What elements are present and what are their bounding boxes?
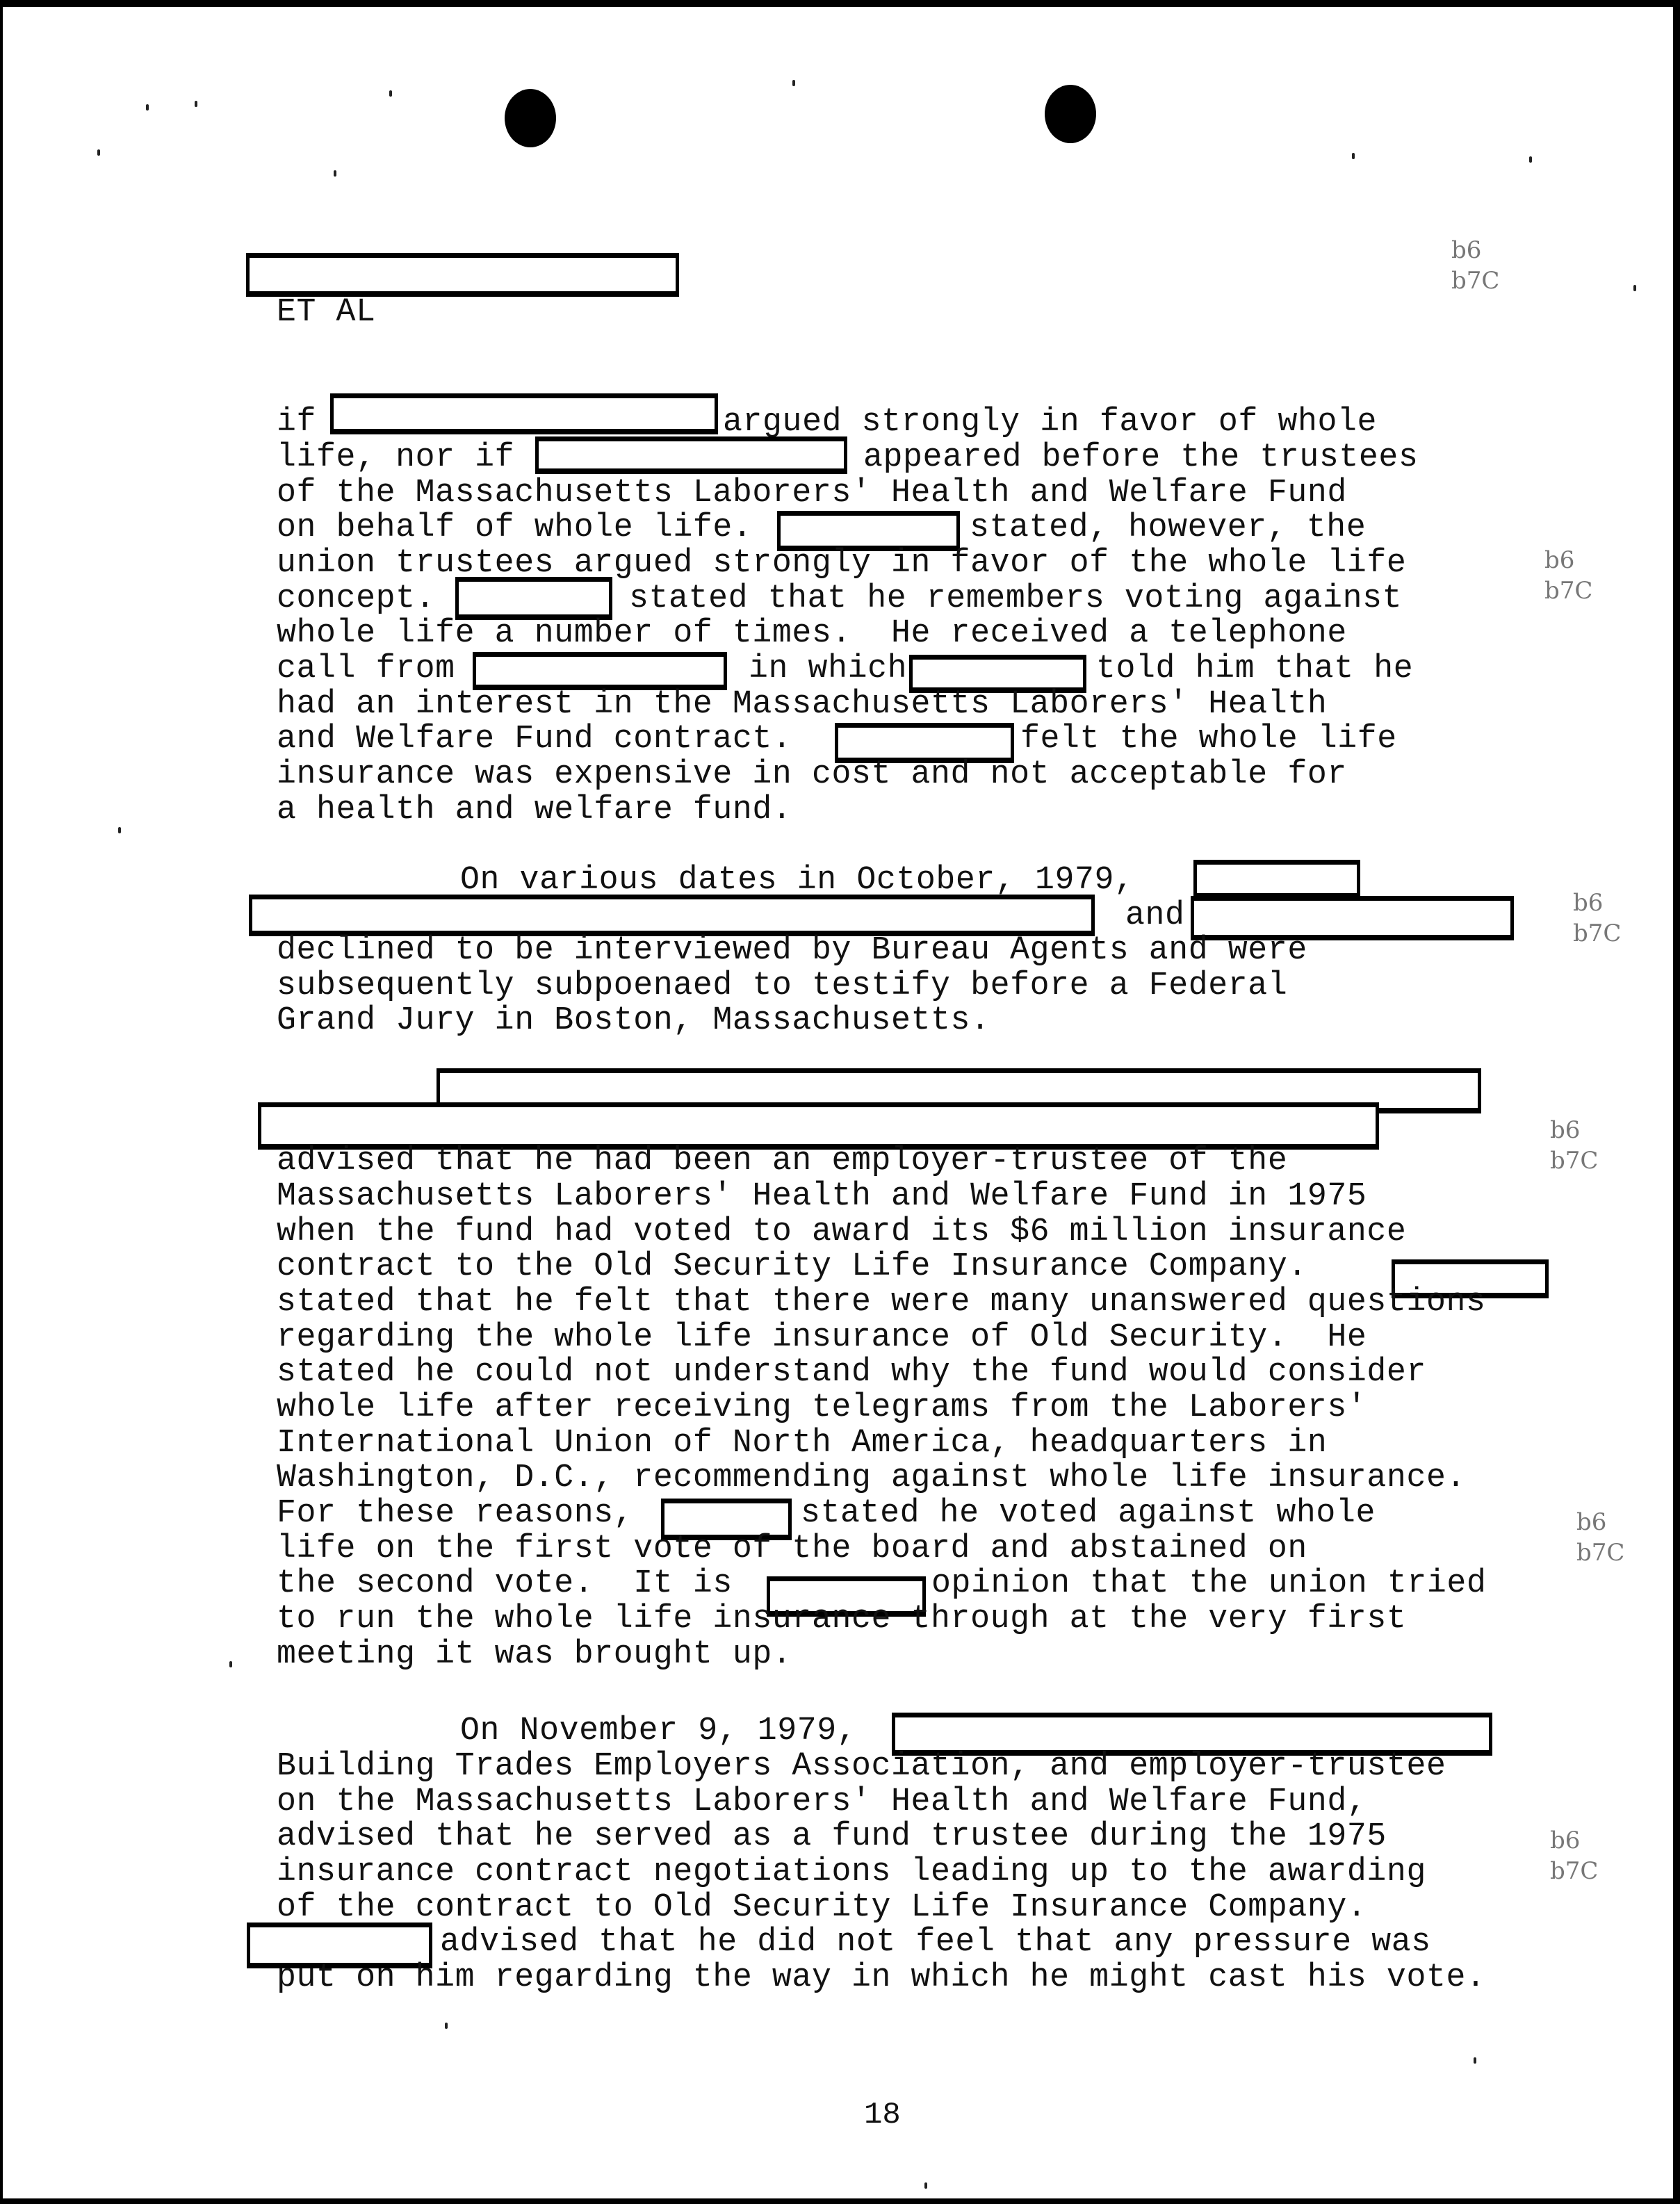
punch-hole-left (505, 89, 556, 147)
scan-edge-top (0, 0, 1680, 7)
text-line: and (1125, 899, 1185, 934)
text-line: declined to be interviewed by Bureau Age… (277, 933, 1307, 969)
redaction-box (455, 577, 612, 620)
speck (146, 104, 149, 111)
speck (1352, 153, 1355, 159)
text-line: International Union of North America, he… (277, 1426, 1327, 1462)
text-line: of the contract to Old Security Life Ins… (277, 1891, 1367, 1926)
exemption-code-b7c: b7C (1573, 918, 1621, 949)
exemption-code-b7c: b7C (1550, 1856, 1598, 1886)
redaction-box (1193, 860, 1360, 899)
speck (195, 101, 197, 107)
text-line: to run the whole life insurance through … (277, 1602, 1406, 1638)
text-line: insurance was expensive in cost and not … (277, 758, 1347, 793)
scan-edge-right (1673, 0, 1680, 2204)
redaction-box (535, 436, 847, 474)
text-line: put on him regarding the way in which he… (277, 1961, 1486, 1996)
exemption-code-b7c: b7C (1550, 1145, 1598, 1176)
exemption-code-b7c: b7C (1576, 1537, 1624, 1568)
text-line: a health and welfare fund. (277, 793, 792, 828)
speck (445, 2023, 448, 2029)
exemption-code-b7c: b7C (1544, 576, 1592, 606)
exemption-code-b6: b6 (1573, 888, 1603, 918)
text-line: subsequently subpoenaed to testify befor… (277, 969, 1287, 1004)
text-line: regarding the whole life insurance of Ol… (277, 1321, 1367, 1356)
exemption-code-b6: b6 (1550, 1825, 1580, 1856)
text-line: the second vote. It is (277, 1567, 733, 1602)
speck (229, 1661, 232, 1667)
text-line: On November 9, 1979, (460, 1714, 856, 1749)
speck (792, 80, 795, 86)
speck (97, 149, 100, 156)
text-line: Massachusetts Laborers' Health and Welfa… (277, 1179, 1367, 1215)
text-line: on behalf of whole life. (277, 511, 752, 546)
text-line: when the fund had voted to award its $6 … (277, 1215, 1406, 1250)
redaction-box (473, 652, 727, 690)
text-line: advised that he served as a fund trustee… (277, 1820, 1387, 1855)
text-line: For these reasons, (277, 1496, 633, 1532)
text-line: life on the first vote of the board and … (277, 1532, 1307, 1567)
scan-edge-bottom (0, 2198, 1680, 2204)
page-number: 18 (864, 2098, 901, 2132)
text-line: stated that he remembers voting against (629, 582, 1402, 617)
text-line: whole life a number of times. He receive… (277, 617, 1347, 652)
text-line: insurance contract negotiations leading … (277, 1855, 1426, 1891)
text-line: stated he could not understand why the f… (277, 1355, 1426, 1391)
text-line: told him that he (1096, 652, 1413, 687)
text-line: stated that he felt that there were many… (277, 1285, 1486, 1321)
text-line: on the Massachusetts Laborers' Health an… (277, 1785, 1367, 1820)
text-line: meeting it was brought up. (277, 1638, 792, 1673)
document-page: ET AL b6 b7C if argued strongly in favor… (0, 0, 1680, 2204)
exemption-code-b6: b6 (1451, 235, 1481, 266)
exemption-code-b6: b6 (1544, 545, 1574, 576)
exemption-code-b6: b6 (1550, 1115, 1580, 1145)
text-line: had an interest in the Massachusetts Lab… (277, 687, 1327, 723)
redaction-box (330, 393, 718, 434)
exemption-code-b6: b6 (1576, 1507, 1606, 1537)
text-line: whole life after receiving telegrams fro… (277, 1391, 1367, 1426)
text-line: life, nor if (277, 441, 514, 476)
text-line: in which (749, 652, 907, 687)
exemption-code-b7c: b7C (1451, 266, 1499, 296)
text-line: concept. (277, 582, 435, 617)
text-line: call from (277, 652, 455, 687)
text-line: if (277, 405, 316, 441)
speck (1474, 2057, 1476, 2064)
text-line: of the Massachusetts Laborers' Health an… (277, 476, 1347, 512)
text-line: and Welfare Fund contract. (277, 722, 792, 758)
speck (1529, 156, 1532, 163)
text-line: Washington, D.C., recommending against w… (277, 1461, 1466, 1496)
redaction-box (249, 895, 1095, 936)
speck (924, 2182, 927, 2189)
speck (334, 170, 336, 177)
text-line: felt the whole life (1020, 722, 1397, 758)
speck (118, 827, 121, 833)
text-line: argued strongly in favor of whole (723, 405, 1377, 441)
speck (389, 90, 392, 97)
text-line: advised that he did not feel that any pr… (440, 1925, 1431, 1961)
text-line: opinion that the union tried (931, 1567, 1486, 1602)
text-line: appeared before the trustees (863, 441, 1418, 476)
redaction-box-caption (246, 253, 679, 297)
text-line: Grand Jury in Boston, Massachusetts. (277, 1004, 990, 1039)
speck (1633, 285, 1636, 291)
text-line: contract to the Old Security Life Insura… (277, 1250, 1307, 1285)
text-line: stated, however, the (970, 511, 1366, 546)
text-line: Building Trades Employers Association, a… (277, 1749, 1446, 1785)
text-line: union trustees argued strongly in favor … (277, 546, 1406, 582)
text-line: On various dates in October, 1979, (460, 863, 1134, 899)
punch-hole-right (1045, 85, 1096, 143)
text-line: stated he voted against whole (801, 1496, 1376, 1532)
scan-edge-left (0, 0, 3, 2204)
caption-et-al: ET AL (277, 295, 376, 331)
text-line: advised that he had been an employer-tru… (277, 1144, 1287, 1179)
